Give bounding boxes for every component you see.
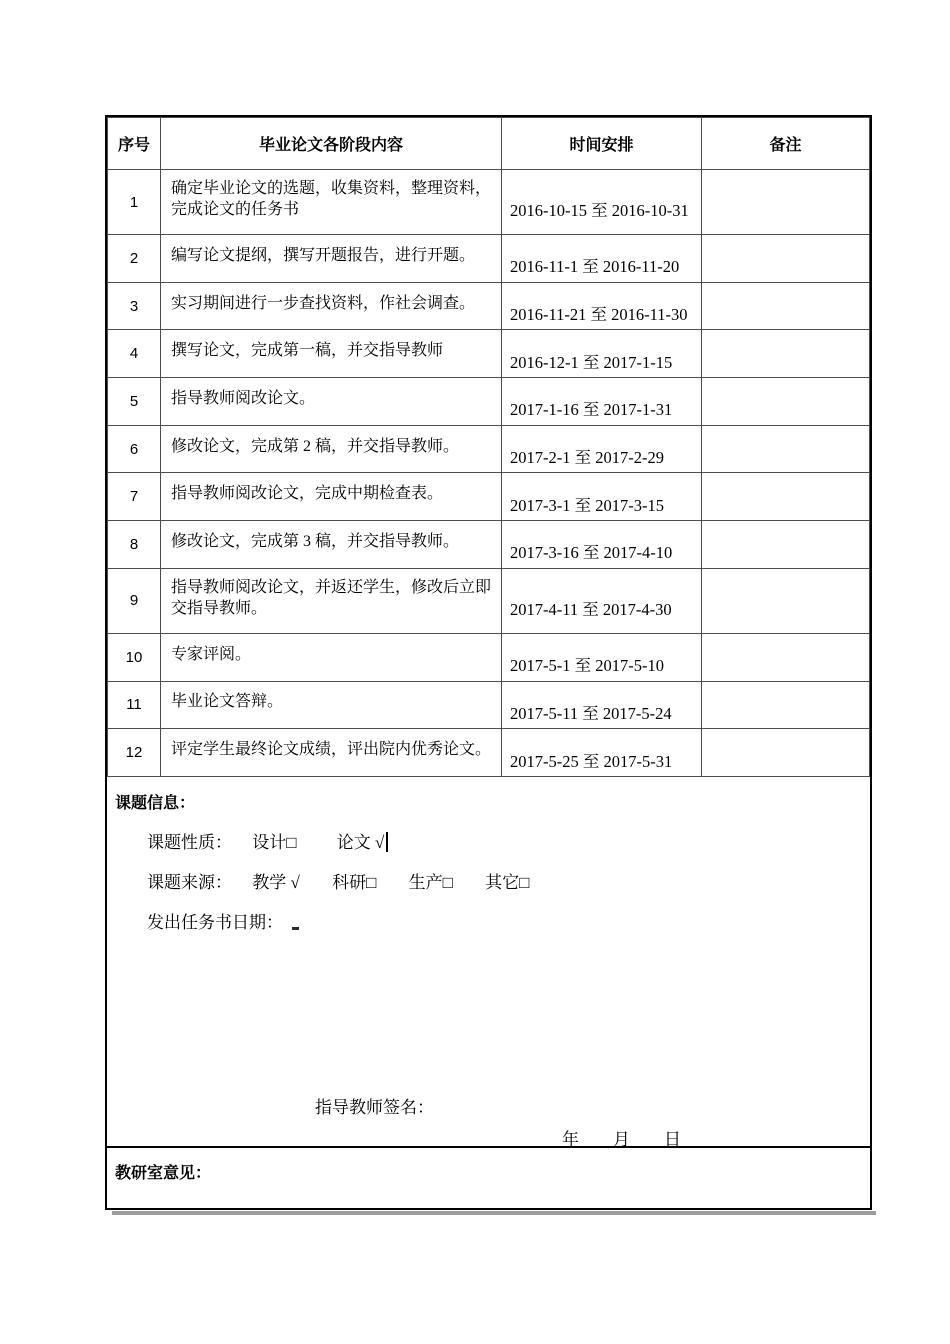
document-page: { "colors": { "border": "#000000", "text… — [0, 0, 950, 1344]
stage-content: 实习期间进行一步查找资料，作社会调查。 — [161, 282, 502, 330]
remark-cell — [702, 473, 870, 521]
stage-content: 指导教师阅改论文。 — [161, 378, 502, 426]
remark-cell — [702, 681, 870, 729]
topic-source-line: 课题来源： 教学 √ 科研□ 生产□ 其它□ — [147, 868, 870, 893]
stage-content: 修改论文，完成第 2 稿，并交指导教师。 — [161, 425, 502, 473]
remark-cell — [702, 330, 870, 378]
col-header-remark: 备注 — [702, 118, 870, 170]
row-number: 6 — [108, 425, 161, 473]
remark-cell — [702, 170, 870, 235]
schedule-table: 序号 毕业论文各阶段内容 时间安排 备注 1 确定毕业论文的选题，收集资料，整理… — [107, 117, 870, 777]
row-number: 8 — [108, 521, 161, 569]
time-range: 2017-5-1 至 2017-5-10 — [502, 633, 702, 681]
stage-content: 评定学生最终论文成绩，评出院内优秀论文。 — [161, 729, 502, 777]
office-opinion-label: 教研室意见： — [115, 1165, 211, 1182]
time-range: 2016-10-15 至 2016-10-31 — [502, 170, 702, 235]
remark-cell — [702, 282, 870, 330]
stage-content: 指导教师阅改论文，完成中期检查表。 — [161, 473, 502, 521]
col-header-num: 序号 — [108, 118, 161, 170]
table-row: 1 确定毕业论文的选题，收集资料，整理资料，完成论文的任务书 2016-10-1… — [108, 170, 870, 235]
advisor-signature-label: 指导教师签名： — [315, 1093, 434, 1118]
stage-content: 修改论文，完成第 3 稿，并交指导教师。 — [161, 521, 502, 569]
row-number: 9 — [108, 568, 161, 633]
topic-nature-label: 课题性质： — [147, 833, 232, 852]
row-number: 3 — [108, 282, 161, 330]
issue-date-line: 发出任务书日期： — [147, 908, 870, 933]
office-opinion-section: 教研室意见： — [107, 1146, 870, 1219]
stage-content: 指导教师阅改论文，并返还学生，修改后立即交指导教师。 — [161, 568, 502, 633]
row-number: 1 — [108, 170, 161, 235]
nature-option-design-checkbox: 设计□ — [252, 833, 296, 852]
table-row: 2 编写论文提纲，撰写开题报告，进行开题。 2016-11-1 至 2016-1… — [108, 235, 870, 283]
year-month-day-line: 年 月 日 — [562, 1125, 681, 1150]
table-row: 4 撰写论文，完成第一稿，并交指导教师 2016-12-1 至 2017-1-1… — [108, 330, 870, 378]
table-row: 11 毕业论文答辩。 2017-5-11 至 2017-5-24 — [108, 681, 870, 729]
table-row: 7 指导教师阅改论文，完成中期检查表。 2017-3-1 至 2017-3-15 — [108, 473, 870, 521]
source-option-production-checkbox: 生产□ — [409, 873, 453, 892]
row-number: 12 — [108, 729, 161, 777]
nature-option-thesis-checked: 论文 √ — [337, 833, 385, 852]
table-row: 5 指导教师阅改论文。 2017-1-16 至 2017-1-31 — [108, 378, 870, 426]
table-row: 10 专家评阅。 2017-5-1 至 2017-5-10 — [108, 633, 870, 681]
remark-cell — [702, 235, 870, 283]
remark-cell — [702, 568, 870, 633]
col-header-content: 毕业论文各阶段内容 — [161, 118, 502, 170]
topic-nature-line: 课题性质： 设计□ 论文 √ — [147, 828, 870, 853]
underscore-mark — [292, 927, 299, 930]
row-number: 2 — [108, 235, 161, 283]
time-range: 2017-3-1 至 2017-3-15 — [502, 473, 702, 521]
text-cursor-caret — [386, 832, 388, 852]
remark-cell — [702, 425, 870, 473]
row-number: 10 — [108, 633, 161, 681]
row-number: 7 — [108, 473, 161, 521]
remark-cell — [702, 633, 870, 681]
stage-content: 撰写论文，完成第一稿，并交指导教师 — [161, 330, 502, 378]
table-row: 9 指导教师阅改论文，并返还学生，修改后立即交指导教师。 2017-4-11 至… — [108, 568, 870, 633]
time-range: 2016-11-1 至 2016-11-20 — [502, 235, 702, 283]
remark-cell — [702, 521, 870, 569]
source-option-other-checkbox: 其它□ — [485, 873, 529, 892]
task-book-sheet: 序号 毕业论文各阶段内容 时间安排 备注 1 确定毕业论文的选题，收集资料，整理… — [105, 115, 872, 1210]
table-row: 3 实习期间进行一步查找资料，作社会调查。 2016-11-21 至 2016-… — [108, 282, 870, 330]
time-range: 2017-5-11 至 2017-5-24 — [502, 681, 702, 729]
col-header-time: 时间安排 — [502, 118, 702, 170]
stage-content: 毕业论文答辩。 — [161, 681, 502, 729]
time-range: 2017-5-25 至 2017-5-31 — [502, 729, 702, 777]
table-row: 6 修改论文，完成第 2 稿，并交指导教师。 2017-2-1 至 2017-2… — [108, 425, 870, 473]
stage-content: 编写论文提纲，撰写开题报告，进行开题。 — [161, 235, 502, 283]
time-range: 2016-11-21 至 2016-11-30 — [502, 282, 702, 330]
table-row: 12 评定学生最终论文成绩，评出院内优秀论文。 2017-5-25 至 2017… — [108, 729, 870, 777]
remark-cell — [702, 729, 870, 777]
topic-source-label: 课题来源： — [147, 873, 232, 892]
row-number: 5 — [108, 378, 161, 426]
row-number: 4 — [108, 330, 161, 378]
stage-content: 确定毕业论文的选题，收集资料，整理资料，完成论文的任务书 — [161, 170, 502, 235]
source-option-teaching-checked: 教学 √ — [252, 873, 300, 892]
time-range: 2017-1-16 至 2017-1-31 — [502, 378, 702, 426]
remark-cell — [702, 378, 870, 426]
time-range: 2017-3-16 至 2017-4-10 — [502, 521, 702, 569]
source-option-research-checkbox: 科研□ — [332, 873, 376, 892]
table-row: 8 修改论文，完成第 3 稿，并交指导教师。 2017-3-16 至 2017-… — [108, 521, 870, 569]
row-number: 11 — [108, 681, 161, 729]
table-header-row: 序号 毕业论文各阶段内容 时间安排 备注 — [108, 118, 870, 170]
stage-content: 专家评阅。 — [161, 633, 502, 681]
time-range: 2016-12-1 至 2017-1-15 — [502, 330, 702, 378]
topic-info-section: 课题信息： 课题性质： 设计□ 论文 √ 课题来源： 教学 √ 科研□ 生产□ … — [107, 790, 870, 1146]
issue-date-label: 发出任务书日期： — [147, 913, 283, 932]
topic-info-title: 课题信息： — [115, 790, 870, 813]
time-range: 2017-4-11 至 2017-4-30 — [502, 568, 702, 633]
time-range: 2017-2-1 至 2017-2-29 — [502, 425, 702, 473]
